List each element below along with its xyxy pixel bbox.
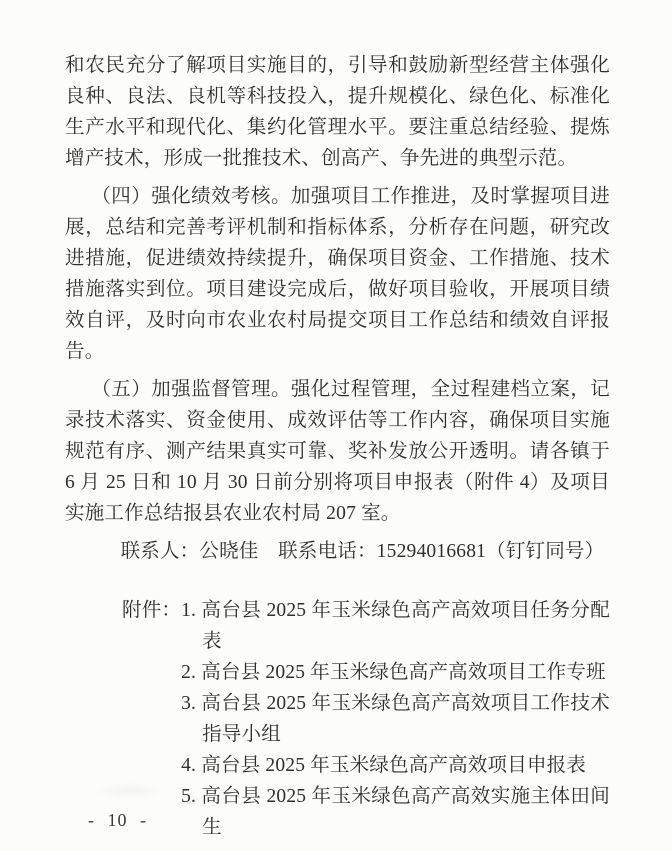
- contact-line: 联系人：公晓佳 联系电话：15294016681（钉钉同号）: [65, 536, 610, 567]
- attachment-item-4: 4. 高台县 2025 年玉米绿色高产高效项目申报表: [181, 750, 610, 781]
- attachments-label: 附件：: [122, 595, 181, 843]
- paragraph-section-five: （五）加强监督管理。强化过程管理，全过程建档立案，记录技术落实、资金使用、成效评…: [65, 374, 610, 529]
- attachment-item-3: 3. 高台县 2025 年玉米绿色高产高效项目工作技术指导小组: [181, 688, 610, 750]
- attachment-item-1: 1. 高台县 2025 年玉米绿色高产高效项目任务分配表: [181, 595, 610, 657]
- document-page: 和农民充分了解项目实施目的，引导和鼓励新型经营主体强化良种、良法、良机等科技投入…: [0, 0, 672, 851]
- page-number: - 10 -: [88, 810, 147, 831]
- attachments-block: 附件： 1. 高台县 2025 年玉米绿色高产高效项目任务分配表 2. 高台县 …: [65, 595, 610, 843]
- document-body: 和农民充分了解项目实施目的，引导和鼓励新型经营主体强化良种、良法、良机等科技投入…: [65, 50, 610, 843]
- attachment-item-2: 2. 高台县 2025 年玉米绿色高产高效项目工作专班: [181, 657, 610, 688]
- paragraph-section-four: （四）强化绩效考核。加强项目工作推进，及时掌握项目进展，总结和完善考评机制和指标…: [65, 181, 610, 367]
- body-paragraph-continuation: 和农民充分了解项目实施目的，引导和鼓励新型经营主体强化良种、良法、良机等科技投入…: [65, 50, 610, 174]
- attachment-item-5: 5. 高台县 2025 年玉米绿色高产高效实施主体田间生: [181, 781, 610, 843]
- attachments-list: 1. 高台县 2025 年玉米绿色高产高效项目任务分配表 2. 高台县 2025…: [181, 595, 610, 843]
